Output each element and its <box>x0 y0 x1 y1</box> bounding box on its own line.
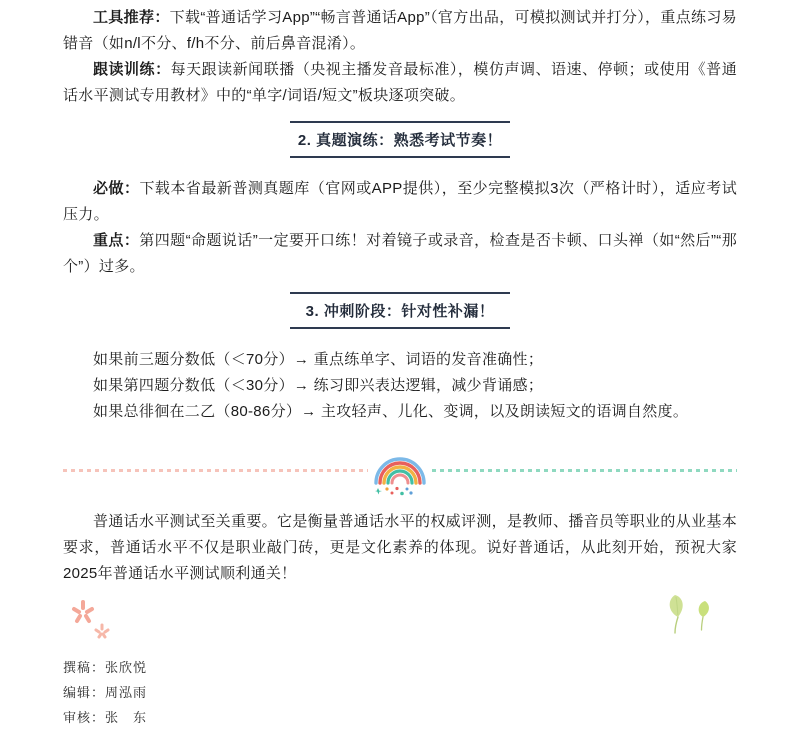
tip-line-2: 如果第四题分数低（＜30分）→ 练习即兴表达逻辑，减少背诵感； <box>63 373 737 399</box>
paragraph-key-point-lead: 重点： <box>93 232 139 249</box>
closing-block: 普通话水平测试至关重要。它是衡量普通话水平的权威评测，是教师、播音员等职业的从业… <box>63 509 737 587</box>
paragraph-key-point-text: 第四题“命题说话”一定要开口练！对着镜子或录音，检查是否卡顿、口头禅（如“然后”… <box>63 232 737 275</box>
article-page: 工具推荐：下载“普通话学习App”“畅言普通话App”（官方出品，可模拟测试并打… <box>0 0 800 730</box>
paragraph-tools: 工具推荐：下载“普通话学习App”“畅言普通话App”（官方出品，可模拟测试并打… <box>63 5 737 57</box>
divider-dash-pink <box>63 469 368 472</box>
section-header-2: 2. 真题演练：熟悉考试节奏！ <box>290 121 510 158</box>
flower-icon <box>69 599 115 646</box>
leaf-icon <box>663 593 715 646</box>
credit-reviewer: 审核：张 东 <box>63 705 737 730</box>
tip-line-1: 如果前三题分数低（＜70分）→ 重点练单字、词语的发音准确性； <box>63 347 737 373</box>
credit-editor: 编辑：周泓雨 <box>63 680 737 705</box>
credits-block: 撰稿：张欣悦 编辑：周泓雨 审核：张 东 <box>63 655 737 730</box>
paragraph-must-do: 必做：下载本省最新普测真题库（官网或APP提供），至少完整模拟3次（严格计时），… <box>63 176 737 228</box>
credit-writer: 撰稿：张欣悦 <box>63 655 737 680</box>
paragraph-key-point: 重点：第四题“命题说话”一定要开口练！对着镜子或录音，检查是否卡顿、口头禅（如“… <box>63 228 737 280</box>
paragraph-tools-lead: 工具推荐： <box>93 9 170 26</box>
paragraph-follow-reading: 跟读训练：每天跟读新闻联播（央视主播发音最标准），模仿声调、语速、停顿；或使用《… <box>63 57 737 109</box>
paragraph-follow-reading-lead: 跟读训练： <box>93 61 171 78</box>
tip-line-3: 如果总徘徊在二乙（80-86分）→ 主攻轻声、儿化、变调，以及朗读短文的语调自然… <box>63 399 737 425</box>
footer-decorations <box>63 587 737 649</box>
paragraph-must-do-text: 下载本省最新普测真题库（官网或APP提供），至少完整模拟3次（严格计时），适应考… <box>63 180 737 223</box>
section-header-3: 3. 冲刺阶段：针对性补漏！ <box>290 292 510 329</box>
decorative-divider <box>63 445 737 495</box>
closing-paragraph: 普通话水平测试至关重要。它是衡量普通话水平的权威评测，是教师、播音员等职业的从业… <box>63 509 737 587</box>
divider-dash-green <box>432 469 737 472</box>
tips-block: 如果前三题分数低（＜70分）→ 重点练单字、词语的发音准确性； 如果第四题分数低… <box>63 347 737 425</box>
paragraph-must-do-lead: 必做： <box>93 180 139 197</box>
rainbow-icon <box>368 447 432 497</box>
